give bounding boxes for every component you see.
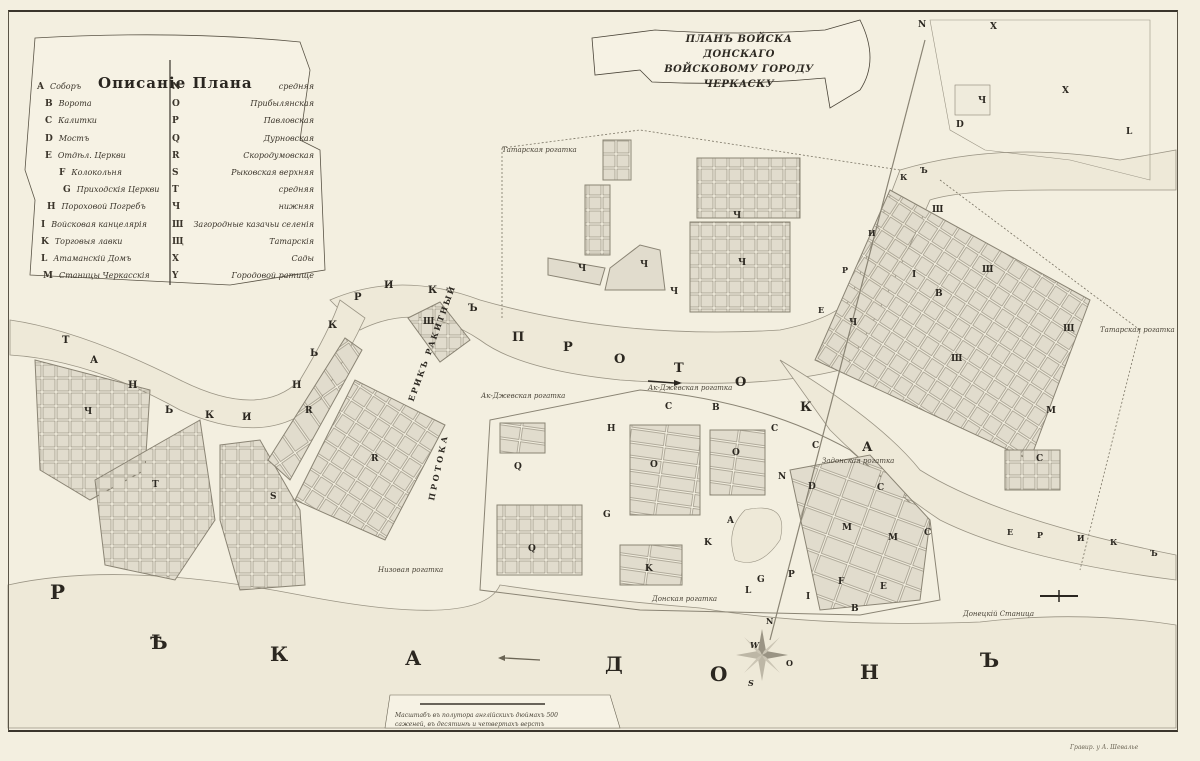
legend-key: Щ bbox=[172, 237, 184, 247]
legend-item: LАтаманскій Домъ bbox=[41, 254, 131, 264]
district-label: R bbox=[305, 406, 312, 416]
district-label: C bbox=[812, 441, 819, 451]
district-label: E bbox=[880, 582, 887, 592]
tanknik-letter: Н bbox=[292, 380, 301, 391]
tanknik-letter: Р bbox=[354, 292, 362, 303]
fortress-q2-block bbox=[497, 505, 582, 575]
district-label: K bbox=[704, 538, 712, 548]
tanknik-letter: А bbox=[90, 355, 98, 366]
tanknik-letter: Ь bbox=[310, 348, 318, 359]
tanknik-letter: К bbox=[328, 320, 337, 331]
map-title-line1: ПЛАНЪ ВОЙСКА ДОНСКАГО bbox=[655, 32, 823, 62]
district-label: K bbox=[645, 564, 653, 574]
district-label: Ш bbox=[982, 265, 993, 275]
legend-text: нижняя bbox=[279, 202, 314, 211]
legend-item: SРыковская верхняя bbox=[172, 168, 322, 178]
legend-key: Y bbox=[172, 271, 178, 281]
legend-item: DМостъ bbox=[45, 134, 89, 144]
district-label: Q bbox=[514, 462, 522, 472]
legend-key: O bbox=[172, 99, 180, 109]
protoka-letter: О bbox=[614, 352, 625, 367]
legend-key: S bbox=[172, 168, 179, 178]
legend-key: K bbox=[41, 237, 49, 247]
tanknik-letter: Т bbox=[62, 335, 69, 346]
district-label: M bbox=[842, 523, 852, 533]
north-blocks-a bbox=[603, 140, 631, 180]
district-label: C bbox=[924, 528, 931, 538]
legend-key: І bbox=[41, 220, 45, 230]
protoka-letter: А bbox=[862, 440, 873, 455]
legend-item: ІВойсковая канцелярія bbox=[41, 220, 147, 230]
protoka-letter: К bbox=[800, 400, 812, 415]
district-label: B bbox=[712, 403, 720, 413]
district-label: Ш bbox=[932, 205, 943, 215]
legend-text: Мостъ bbox=[59, 134, 89, 143]
district-label: Ш bbox=[951, 354, 962, 364]
north-blocks-c bbox=[697, 158, 800, 218]
east-cross-marker-icon bbox=[1040, 590, 1078, 602]
engraver-credit: Гравир. у А. Шевалье bbox=[1070, 744, 1138, 751]
district-label: Ч bbox=[978, 96, 986, 106]
district-label: X bbox=[990, 22, 997, 32]
map-title: ПЛАНЪ ВОЙСКА ДОНСКАГО ВОЙСКОВОМУ ГОРОДУ … bbox=[655, 32, 823, 80]
legend-item: RСкородумовская bbox=[172, 151, 322, 161]
district-label: O bbox=[650, 460, 658, 470]
legend-text: Приходскія Церкви bbox=[77, 185, 160, 194]
compass-o-label: O bbox=[786, 658, 793, 668]
legend-text: Атаманскій Домъ bbox=[53, 254, 131, 263]
district-label: N bbox=[778, 472, 786, 482]
district-label: Ч bbox=[640, 260, 648, 270]
district-label: S bbox=[270, 492, 277, 502]
legend-key: A bbox=[37, 82, 44, 92]
legend-item: GПриходскія Церкви bbox=[63, 185, 159, 195]
legend-text: Отдѣл. Церкви bbox=[58, 151, 126, 160]
district-label: C bbox=[771, 424, 778, 434]
legend-text: Павловская bbox=[264, 116, 314, 125]
legend-text: средняя bbox=[279, 82, 314, 91]
legend-text: Рыковская верхняя bbox=[231, 168, 314, 177]
legend-item: ЩТатарскія bbox=[172, 237, 322, 247]
north-blocks-b bbox=[585, 185, 610, 255]
legend-item: AСоборъ bbox=[37, 82, 81, 92]
tanknik-letter: К bbox=[205, 410, 214, 421]
north-blocks-f bbox=[605, 245, 665, 290]
legend-key: M bbox=[43, 271, 53, 281]
district-label: X bbox=[1062, 86, 1069, 96]
place-note: Задонская рогатка bbox=[822, 457, 894, 465]
district-label: Ш bbox=[423, 317, 434, 327]
right-erik-letter: К bbox=[900, 172, 907, 182]
district-label: Ч bbox=[733, 211, 741, 221]
legend-key: P bbox=[172, 116, 179, 126]
legend-text: Сады bbox=[292, 254, 314, 263]
tanknik-letter: К bbox=[428, 285, 437, 296]
legend-text: Ворота bbox=[59, 99, 92, 108]
don-letter: Ъ bbox=[980, 648, 999, 672]
legend-text: Соборъ bbox=[50, 82, 81, 91]
don-letter: К bbox=[270, 642, 288, 666]
district-label: G bbox=[757, 575, 765, 585]
place-note: Татарская рогатка bbox=[502, 146, 577, 154]
far-right-erik-letter: И bbox=[1077, 533, 1085, 543]
legend-text: Войсковая канцелярія bbox=[51, 220, 147, 229]
tanknik-letter: И bbox=[242, 412, 251, 423]
place-note: Ак-Джевская рогатка bbox=[481, 392, 565, 400]
district-label: Ч bbox=[84, 407, 92, 417]
district-label: L bbox=[1126, 127, 1132, 137]
legend-key: R bbox=[172, 151, 179, 161]
district-label: H bbox=[607, 424, 616, 434]
legend-key: Q bbox=[172, 134, 180, 144]
district-label: L bbox=[745, 586, 751, 596]
right-erik-letter: Е bbox=[818, 305, 824, 315]
legend-key: E bbox=[45, 151, 52, 161]
legend-key: N bbox=[172, 82, 180, 92]
don-letter: Д bbox=[605, 652, 623, 676]
legend-text: Загородные казачьи селенія bbox=[193, 220, 314, 229]
far-right-erik-letter: Ъ bbox=[1150, 548, 1158, 558]
place-note: Донецкій Станица bbox=[963, 610, 1034, 618]
east-c-blocks bbox=[1005, 450, 1060, 490]
district-label: D bbox=[808, 482, 816, 492]
right-erik-letter: Р bbox=[842, 265, 848, 275]
legend-item: MСтаницы Черкасскія bbox=[43, 271, 150, 281]
right-erik-letter: Ъ bbox=[920, 165, 928, 175]
tanknik-letter: И bbox=[384, 280, 393, 291]
district-label: P bbox=[788, 570, 795, 580]
fortress-o2-block bbox=[710, 430, 765, 495]
legend-item: CКалитки bbox=[45, 116, 97, 126]
legend-text: Пороховой Погребъ bbox=[62, 202, 146, 211]
fortress-q-block bbox=[500, 423, 545, 453]
legend-item: YГородовой ратище bbox=[172, 271, 322, 281]
legend-key: B bbox=[45, 99, 53, 109]
district-label: B bbox=[935, 289, 943, 299]
legend-key: Ч bbox=[172, 202, 180, 212]
legend-key: T bbox=[172, 185, 179, 195]
district-label: T bbox=[152, 480, 159, 490]
place-note: Ак-Джевская рогатка bbox=[648, 384, 732, 392]
legend-text: Колокольня bbox=[71, 168, 122, 177]
district-label: I bbox=[912, 270, 916, 280]
don-letter: А bbox=[405, 646, 421, 670]
district-label: M bbox=[888, 533, 898, 543]
map-title-line2: ВОЙСКОВОМУ ГОРОДУ ЧЕРКАСКУ bbox=[655, 62, 823, 92]
district-label: O bbox=[732, 448, 740, 458]
district-label: Q bbox=[528, 544, 536, 554]
district-label: F bbox=[838, 577, 844, 587]
district-label: B bbox=[851, 604, 859, 614]
protoka-letter: Т bbox=[674, 361, 684, 376]
legend-key: G bbox=[63, 185, 71, 195]
legend-text: Станицы Черкасскія bbox=[59, 271, 150, 280]
legend-item: PПавловская bbox=[172, 116, 322, 126]
legend-text: Дурновская bbox=[264, 134, 314, 143]
tanknik-letter: Н bbox=[128, 380, 137, 391]
district-label: A bbox=[727, 516, 734, 526]
fortress-lake bbox=[732, 508, 782, 563]
fortress-o-block bbox=[630, 425, 700, 515]
legend-item: Чнижняя bbox=[172, 202, 322, 212]
scale-caption: Масштабъ въ полутора англійскихъ дюймахъ… bbox=[395, 711, 575, 729]
don-letter: О bbox=[710, 662, 727, 686]
district-label: Ч bbox=[738, 258, 746, 268]
district-label: M bbox=[1046, 406, 1056, 416]
legend-item: Tсредняя bbox=[172, 185, 322, 195]
far-right-erik-letter: Е bbox=[1007, 527, 1013, 537]
legend-text: Прибылянская bbox=[250, 99, 314, 108]
legend-key: L bbox=[41, 254, 47, 264]
legend-item: ШЗагородные казачьи селенія bbox=[172, 220, 322, 230]
district-label: Щ bbox=[1063, 324, 1075, 334]
legend-item: BВорота bbox=[45, 99, 92, 109]
district-label: Ч bbox=[849, 318, 857, 328]
don-letter: Ѣ bbox=[150, 630, 168, 654]
legend-text: Торговыя лавки bbox=[55, 237, 123, 246]
district-label: D bbox=[956, 120, 964, 130]
legend-key: C bbox=[45, 116, 52, 126]
legend-item: Nсредняя bbox=[172, 82, 322, 92]
district-label: Ч bbox=[670, 287, 678, 297]
legend-key: F bbox=[59, 168, 65, 178]
legend-item: EОтдѣл. Церкви bbox=[45, 151, 126, 161]
legend-key: D bbox=[45, 134, 53, 144]
district-label: I bbox=[806, 592, 810, 602]
place-note: Татарская рогатка bbox=[1100, 326, 1175, 334]
far-right-erik-letter: Р bbox=[1037, 530, 1043, 540]
don-letter: Р bbox=[50, 580, 65, 604]
far-right-erik-letter: К bbox=[1110, 537, 1117, 547]
district-label: C bbox=[877, 483, 884, 493]
compass-n-label: N bbox=[766, 616, 773, 626]
legend-text: Городовой ратище bbox=[232, 271, 314, 280]
legend-item: OПрибылянская bbox=[172, 99, 322, 109]
don-letter: Н bbox=[860, 660, 879, 684]
legend-item: FКолокольня bbox=[59, 168, 122, 178]
place-note: Донская рогатка bbox=[652, 595, 717, 603]
protoka-letter: П bbox=[512, 330, 524, 345]
compass-w-label: W bbox=[750, 640, 759, 650]
district-label: Ч bbox=[578, 264, 586, 274]
right-erik-letter: И bbox=[868, 228, 876, 238]
legend-text: Калитки bbox=[58, 116, 97, 125]
compass-s-label: S bbox=[748, 678, 754, 688]
legend-text: Татарскія bbox=[269, 237, 314, 246]
legend-item: HПороховой Погребъ bbox=[47, 202, 146, 212]
district-label: C bbox=[665, 402, 672, 412]
legend-item: QДурновская bbox=[172, 134, 322, 144]
district-label: G bbox=[603, 510, 611, 520]
legend-text: средняя bbox=[279, 185, 314, 194]
legend-key: H bbox=[47, 202, 56, 212]
legend-key: Ш bbox=[172, 220, 183, 230]
tanknik-letter: Ь bbox=[165, 405, 173, 416]
legend-key: X bbox=[172, 254, 179, 264]
tanknik-letter: Ъ bbox=[468, 303, 478, 314]
place-note: Низовая рогатка bbox=[378, 566, 443, 574]
district-label: C bbox=[1036, 454, 1043, 464]
district-label: N bbox=[918, 20, 926, 30]
legend-item: KТорговыя лавки bbox=[41, 237, 122, 247]
protoka-letter: О bbox=[735, 375, 746, 390]
legend-item: XСады bbox=[172, 254, 322, 264]
north-blocks-e bbox=[548, 258, 605, 285]
protoka-letter: Р bbox=[563, 340, 573, 355]
legend-text: Скородумовская bbox=[243, 151, 314, 160]
district-label: R bbox=[371, 454, 378, 464]
